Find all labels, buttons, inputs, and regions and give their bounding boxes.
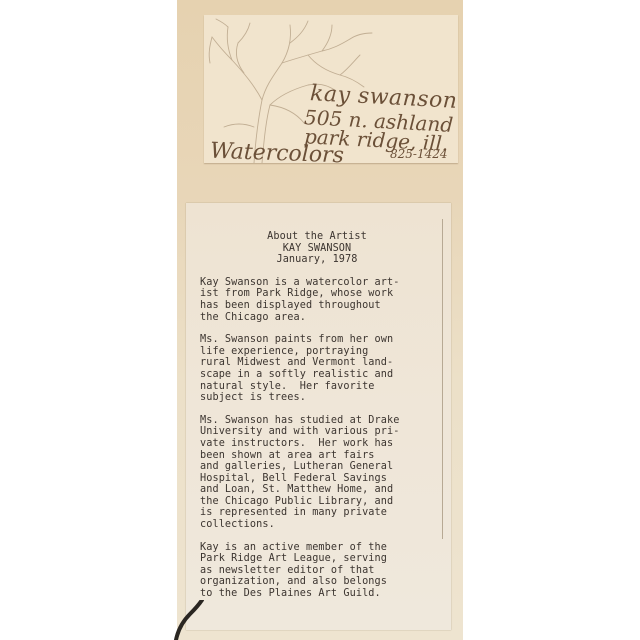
text-line: organization, and also belongs: [200, 576, 448, 588]
text-line: as newsletter editor of that: [200, 565, 448, 577]
hanging-wire: [168, 600, 208, 640]
bio-paragraph: Kay is an active member of thePark Ridge…: [200, 542, 448, 600]
heading-date: January, 1978: [186, 254, 448, 266]
text-line: Hospital, Bell Federal Savings: [200, 473, 448, 485]
text-line: Ms. Swanson has studied at Drake: [200, 415, 448, 427]
text-line: been shown at area art fairs: [200, 450, 448, 462]
bio-text: About the Artist KAY SWANSON January, 19…: [200, 231, 448, 600]
text-line: subject is trees.: [200, 392, 448, 404]
bio-paragraph: Kay Swanson is a watercolor art-ist from…: [200, 277, 448, 323]
text-line: ist from Park Ridge, whose work: [200, 288, 448, 300]
text-line: natural style. Her favorite: [200, 381, 448, 393]
phone-number: 825-1424: [390, 148, 448, 160]
bio-paragraph: Ms. Swanson has studied at DrakeUniversi…: [200, 415, 448, 531]
text-line: rural Midwest and Vermont land-: [200, 357, 448, 369]
text-line: has been displayed throughout: [200, 300, 448, 312]
text-line: scape in a softly realistic and: [200, 369, 448, 381]
bio-heading: About the Artist KAY SWANSON January, 19…: [186, 231, 448, 266]
text-line: life experience, portraying: [200, 346, 448, 358]
text-line: collections.: [200, 519, 448, 531]
text-line: University and with various pri-: [200, 426, 448, 438]
heading-title: About the Artist: [186, 231, 448, 243]
text-line: Kay Swanson is a watercolor art-: [200, 277, 448, 289]
text-line: to the Des Plaines Art Guild.: [200, 588, 448, 600]
text-line: the Chicago area.: [200, 312, 448, 324]
text-line: vate instructors. Her work has: [200, 438, 448, 450]
text-line: Ms. Swanson paints from her own: [200, 334, 448, 346]
text-line: Park Ridge Art League, serving: [200, 553, 448, 565]
text-line: and galleries, Lutheran General: [200, 461, 448, 473]
bio-sheet: About the Artist KAY SWANSON January, 19…: [186, 203, 451, 630]
bio-paragraph: Ms. Swanson paints from her ownlife expe…: [200, 334, 448, 404]
text-line: Kay is an active member of the: [200, 542, 448, 554]
text-line: is represented in many private: [200, 507, 448, 519]
medium-label: Watercolors: [210, 141, 345, 168]
business-card: kay swanson 505 n. ashland park ridge, i…: [204, 15, 458, 163]
heading-artist: KAY SWANSON: [186, 243, 448, 255]
text-line: and Loan, St. Matthew Home, and: [200, 484, 448, 496]
text-line: the Chicago Public Library, and: [200, 496, 448, 508]
